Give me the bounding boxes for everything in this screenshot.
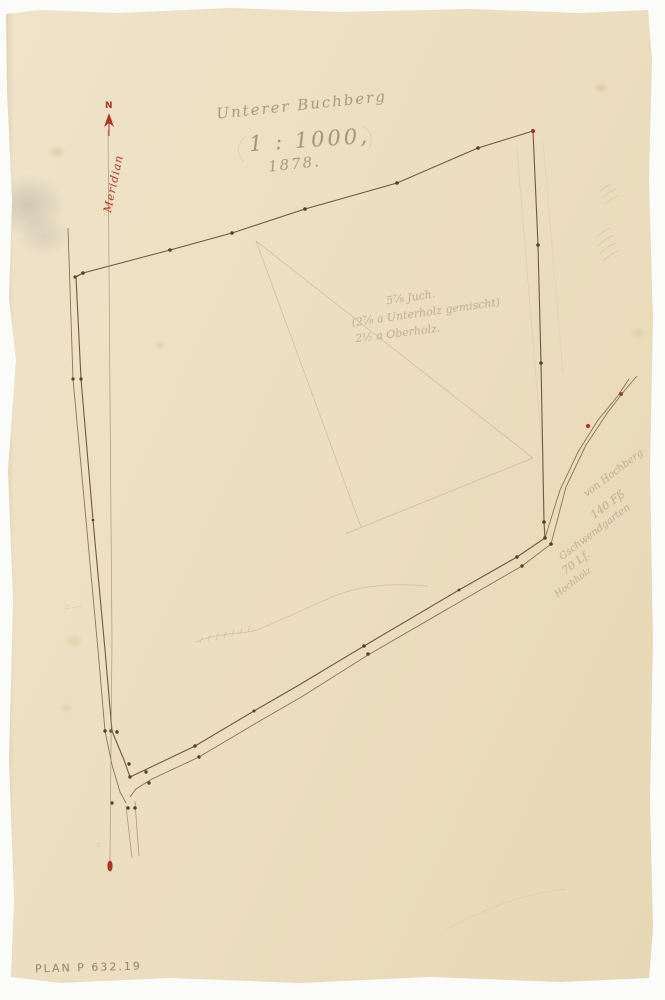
north-label: N (105, 101, 113, 111)
pencil-jottings-scribbles (596, 184, 618, 261)
north-arrow-icon (104, 113, 114, 136)
scanned-plan-page: { "map": { "title": { "name": "Unterer B… (0, 0, 665, 1000)
meridian-south-mark (107, 861, 112, 872)
pencil-construction-lines (238, 126, 566, 929)
archive-reference-label: PLAN P 632.19 (35, 960, 142, 976)
parcel-boundary (75, 131, 545, 777)
red-survey-dots (531, 129, 623, 428)
survey-point-dots (71, 146, 552, 810)
